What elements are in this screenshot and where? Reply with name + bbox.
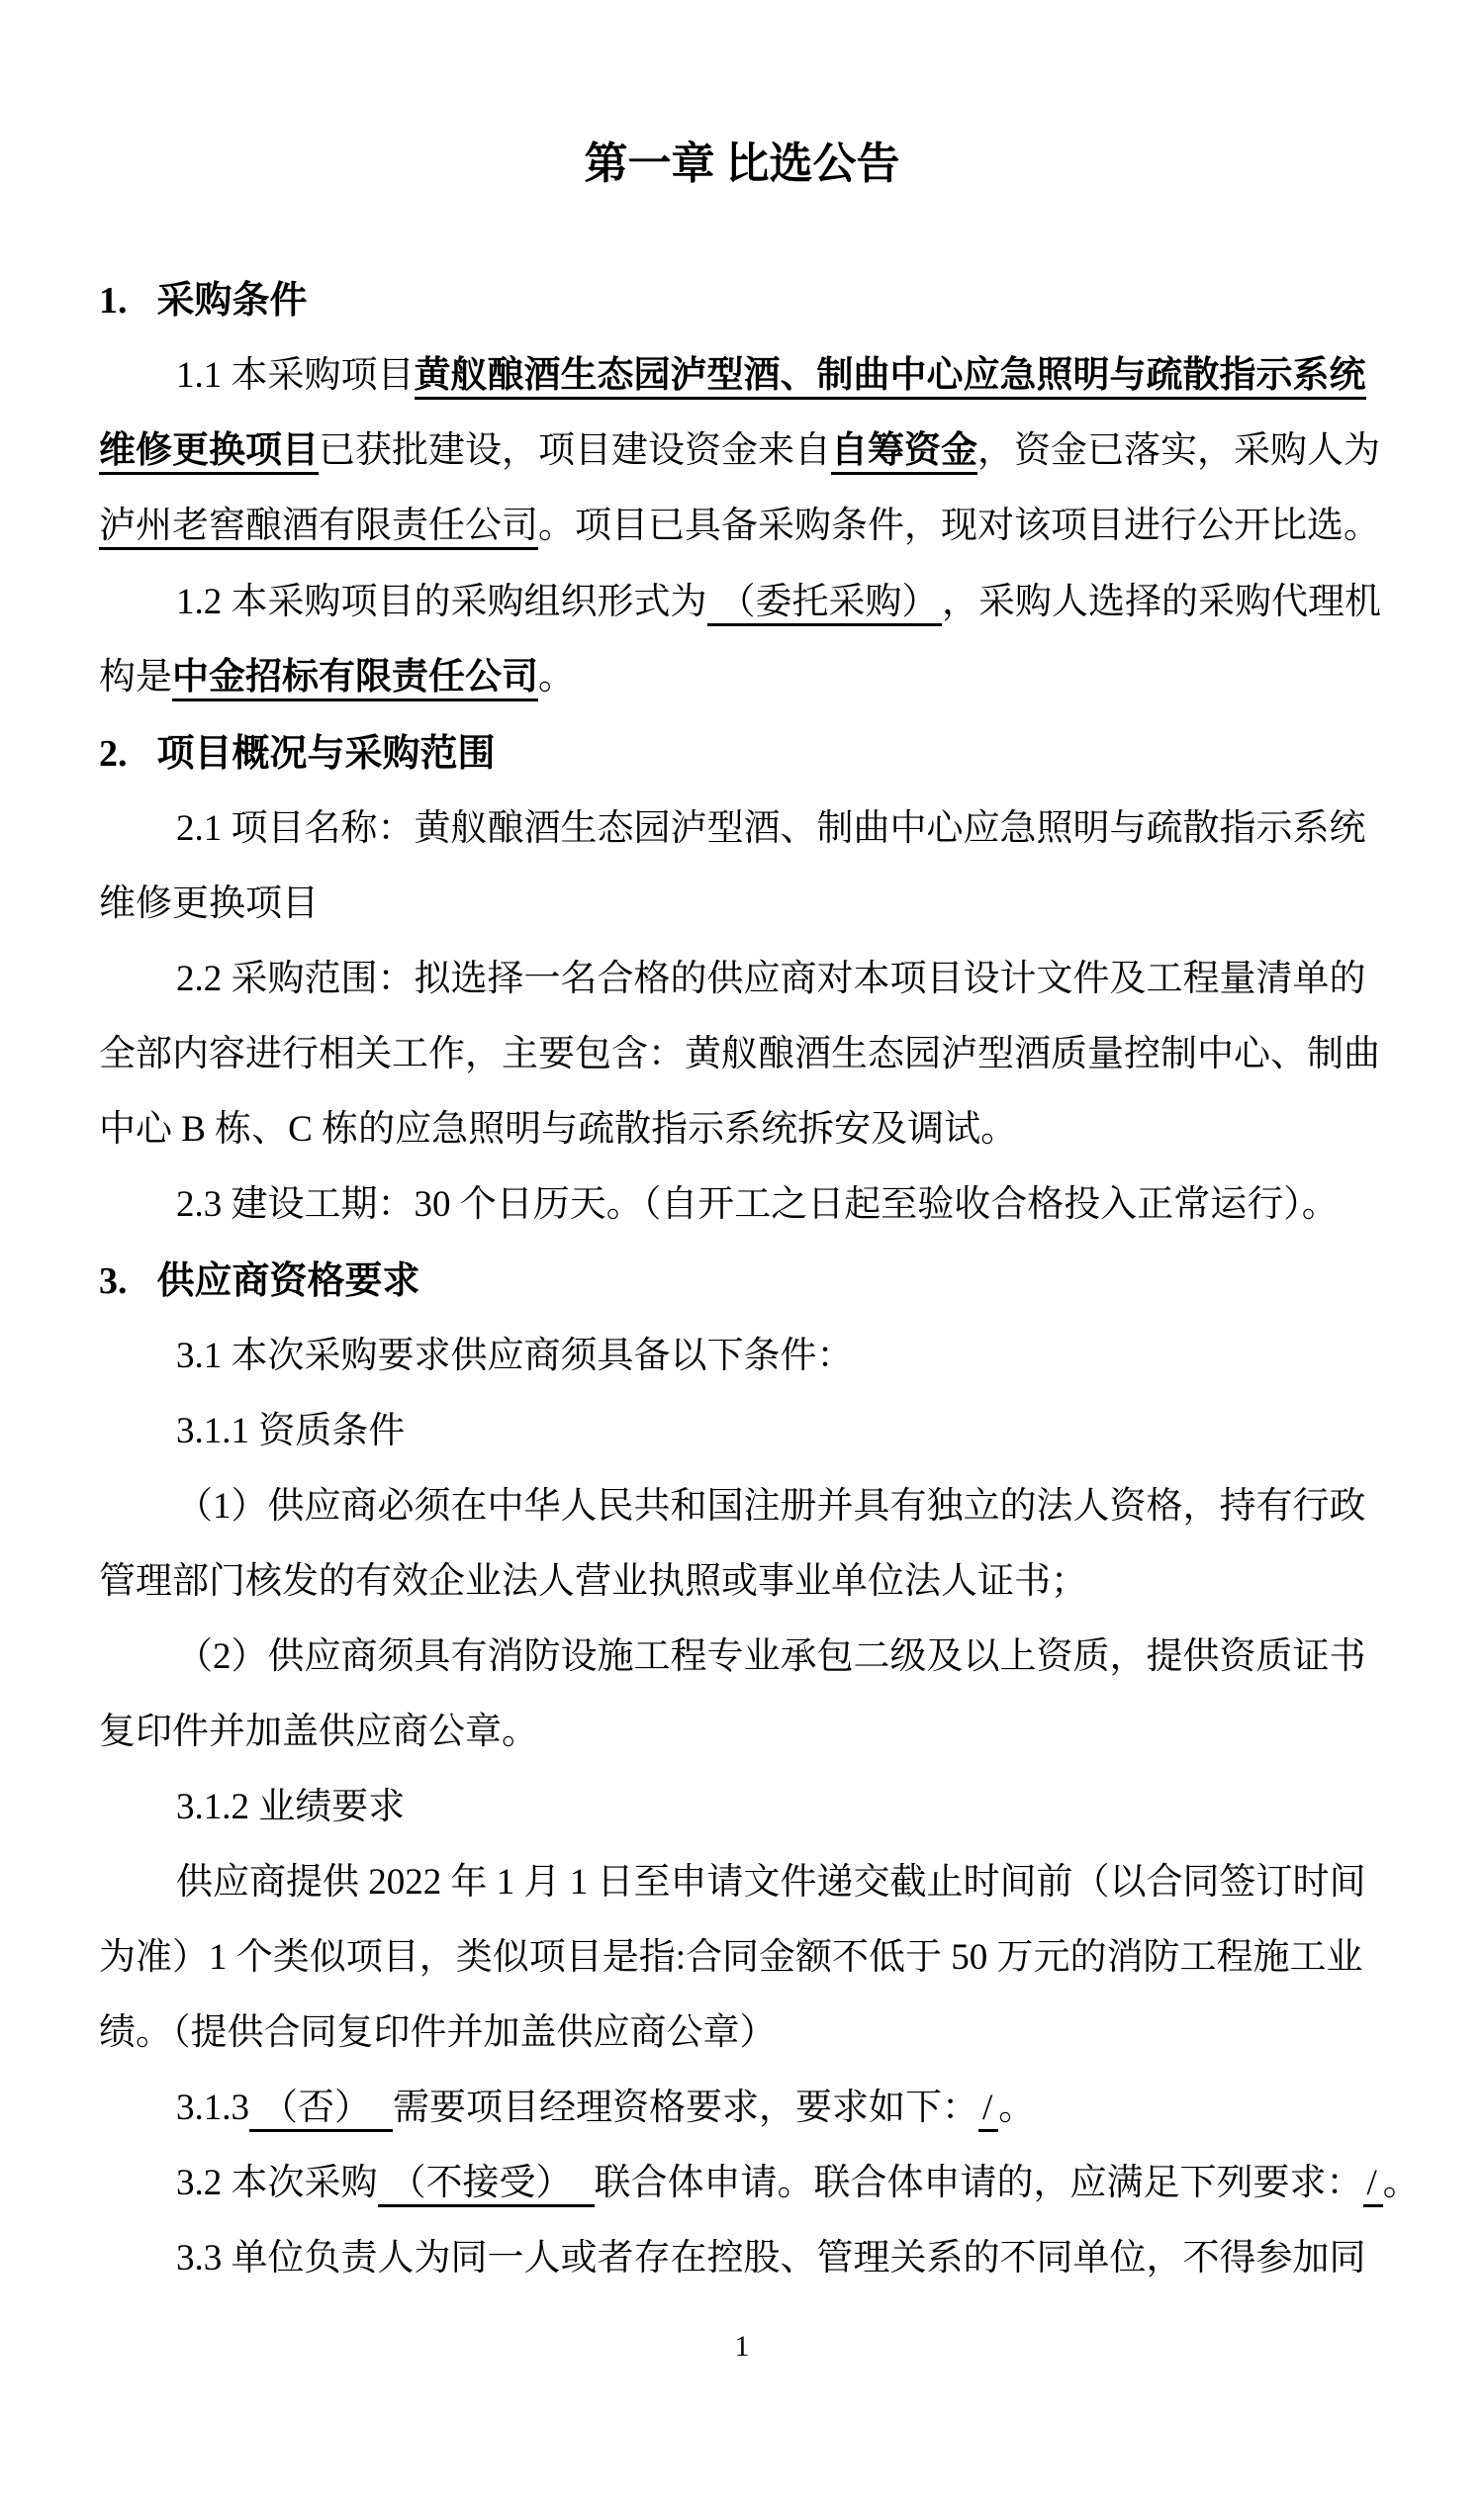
text-line: 全部内容进行相关工作，主要包含：黄舣酿酒生态园泸型酒质量控制中心、制曲 [99, 1032, 1380, 1077]
text-run: 全部内容进行相关工作，主要包含：黄舣酿酒生态园泸型酒质量控制中心、制曲 [99, 1034, 1380, 1074]
text-line: 1.2 本采购项目的采购组织形式为（委托采购），采购人选择的采购代理机 [99, 580, 1381, 625]
text-line: 1.1 本采购项目黄舣酿酒生态园泸型酒、制曲中心应急照明与疏散指示系统 [99, 353, 1366, 399]
text-run: ，资金已落实，采购人为 [977, 430, 1380, 471]
text-run: 为准）1 个类似项目，类似项目是指:合同金额不低于 50 万元的消防工程施工业 [99, 1937, 1363, 1978]
text-line: 中心 B 栋、C 栋的应急照明与疏散指示系统拆安及调试。 [99, 1107, 1017, 1153]
heading-text: 项目概况与采购范围 [157, 733, 496, 775]
text-run: 3.1 本次采购要求供应商须具备以下条件： [176, 1336, 854, 1376]
document-page: 第一章 比选公告 1.采购条件 1.1 本采购项目黄舣酿酒生态园泸型酒、制曲中心… [0, 0, 1484, 2510]
procurement-form-underlined-run: （委托采购） [707, 582, 943, 626]
text-run: 绩。（提供合同复印件并加盖供应商公章） [99, 2012, 777, 2053]
text-run: 构是 [99, 657, 172, 697]
text-line: 3.3 单位负责人为同一人或者存在控股、管理关系的不同单位，不得参加同 [99, 2236, 1366, 2281]
text-run: 3.2 本次采购 [176, 2163, 378, 2203]
text-run: 2.2 采购范围：拟选择一名合格的供应商对本项目设计文件及工程量清单的 [176, 959, 1366, 999]
text-line: （1）供应商必须在中华人民共和国注册并具有独立的法人资格，持有行政 [99, 1484, 1366, 1530]
text-run: 复印件并加盖供应商公章。 [99, 1712, 538, 1752]
text-run: 2.3 建设工期：30 个日历天。（自开工之日起至验收合格投入正常运行）。 [176, 1184, 1339, 1225]
text-run: 2.1 项目名称：黄舣酿酒生态园泸型酒、制曲中心应急照明与疏散指示系统 [176, 808, 1366, 849]
section-heading-1: 1.采购条件 [99, 278, 308, 324]
heading-text: 采购条件 [157, 280, 308, 322]
section-heading-2: 2.项目概况与采购范围 [99, 731, 496, 777]
blank-slash-underlined-run: / [978, 2088, 998, 2132]
text-line: 供应商提供 2022 年 1 月 1 日至申请文件递交截止时间前（以合同签订时间 [99, 1860, 1366, 1906]
text-line: 3.1.3（否）需要项目经理资格要求，要求如下：/。 [99, 2086, 1035, 2131]
text-line: 3.1.2 业绩要求 [99, 1785, 405, 1830]
purchaser-name-underlined-run: 泸州老窖酿酒有限责任公司 [99, 506, 538, 550]
funding-source-underlined-run: 自筹资金 [831, 430, 977, 475]
text-line: 复印件并加盖供应商公章。 [99, 1710, 538, 1755]
text-line: 维修更换项目 [99, 882, 319, 927]
option-not-accepted-underlined-run: （不接受） [378, 2163, 595, 2207]
option-no-underlined-run: （否） [249, 2088, 393, 2132]
text-line: 3.1.1 资质条件 [99, 1409, 405, 1454]
text-line: 2.2 采购范围：拟选择一名合格的供应商对本项目设计文件及工程量清单的 [99, 957, 1366, 1002]
heading-number: 1. [99, 280, 128, 322]
text-line: 管理部门核发的有效企业法人营业执照或事业单位法人证书； [99, 1559, 1087, 1605]
page-number: 1 [0, 2327, 1484, 2367]
text-run: 中心 B 栋、C 栋的应急照明与疏散指示系统拆安及调试。 [99, 1109, 1017, 1150]
text-run: 3.3 单位负责人为同一人或者存在控股、管理关系的不同单位，不得参加同 [176, 2238, 1366, 2278]
heading-text: 供应商资格要求 [157, 1260, 420, 1302]
document-title: 第一章 比选公告 [0, 139, 1484, 189]
text-run: 联合体申请。联合体申请的，应满足下列要求： [595, 2163, 1363, 2203]
text-line: 2.3 建设工期：30 个日历天。（自开工之日起至验收合格投入正常运行）。 [99, 1182, 1339, 1228]
text-run: 1.2 本采购项目的采购组织形式为 [176, 582, 707, 622]
text-line: 为准）1 个类似项目，类似项目是指:合同金额不低于 50 万元的消防工程施工业 [99, 1935, 1363, 1981]
text-line: （2）供应商须具有消防设施工程专业承包二级及以上资质，提供资质证书 [99, 1634, 1366, 1680]
project-name-underlined-run: 维修更换项目 [99, 430, 319, 475]
text-run: 3.1.1 资质条件 [176, 1411, 405, 1451]
text-run: 。 [1383, 2163, 1420, 2203]
text-run: （1）供应商必须在中华人民共和国注册并具有独立的法人资格，持有行政 [176, 1486, 1366, 1527]
text-run: ，采购人选择的采购代理机 [942, 582, 1381, 622]
text-run: 需要项目经理资格要求，要求如下： [393, 2088, 978, 2128]
heading-number: 3. [99, 1260, 128, 1302]
text-line: 构是中金招标有限责任公司。 [99, 655, 575, 700]
text-line: 3.2 本次采购（不接受）联合体申请。联合体申请的，应满足下列要求：/。 [99, 2161, 1420, 2206]
text-run: 。项目已具备采购条件，现对该项目进行公开比选。 [538, 506, 1380, 546]
text-run: 1.1 本采购项目 [176, 355, 415, 396]
project-name-underlined-run: 黄舣酿酒生态园泸型酒、制曲中心应急照明与疏散指示系统 [415, 355, 1366, 400]
text-line: 泸州老窖酿酒有限责任公司。项目已具备采购条件，现对该项目进行公开比选。 [99, 504, 1380, 549]
text-run: 3.1.3 [176, 2088, 249, 2128]
text-run: 供应商提供 2022 年 1 月 1 日至申请文件递交截止时间前（以合同签订时间 [176, 1862, 1366, 1903]
text-line: 绩。（提供合同复印件并加盖供应商公章） [99, 2010, 777, 2056]
text-line: 3.1 本次采购要求供应商须具备以下条件： [99, 1334, 854, 1379]
agency-name-underlined-run: 中金招标有限责任公司 [172, 657, 538, 701]
text-line: 2.1 项目名称：黄舣酿酒生态园泸型酒、制曲中心应急照明与疏散指示系统 [99, 806, 1366, 852]
text-run: （2）供应商须具有消防设施工程专业承包二级及以上资质，提供资质证书 [176, 1636, 1366, 1677]
blank-slash-underlined-run: / [1363, 2163, 1383, 2207]
heading-number: 2. [99, 733, 128, 775]
text-run: 3.1.2 业绩要求 [176, 1787, 405, 1827]
text-run: 管理部门核发的有效企业法人营业执照或事业单位法人证书； [99, 1561, 1087, 1602]
text-run: 维修更换项目 [99, 883, 319, 924]
section-heading-3: 3.供应商资格要求 [99, 1258, 420, 1304]
text-line: 维修更换项目已获批建设，项目建设资金来自自筹资金，资金已落实，采购人为 [99, 428, 1380, 474]
text-run: 已获批建设，项目建设资金来自 [319, 430, 831, 471]
text-run: 。 [998, 2088, 1035, 2128]
text-run: 。 [538, 657, 575, 697]
